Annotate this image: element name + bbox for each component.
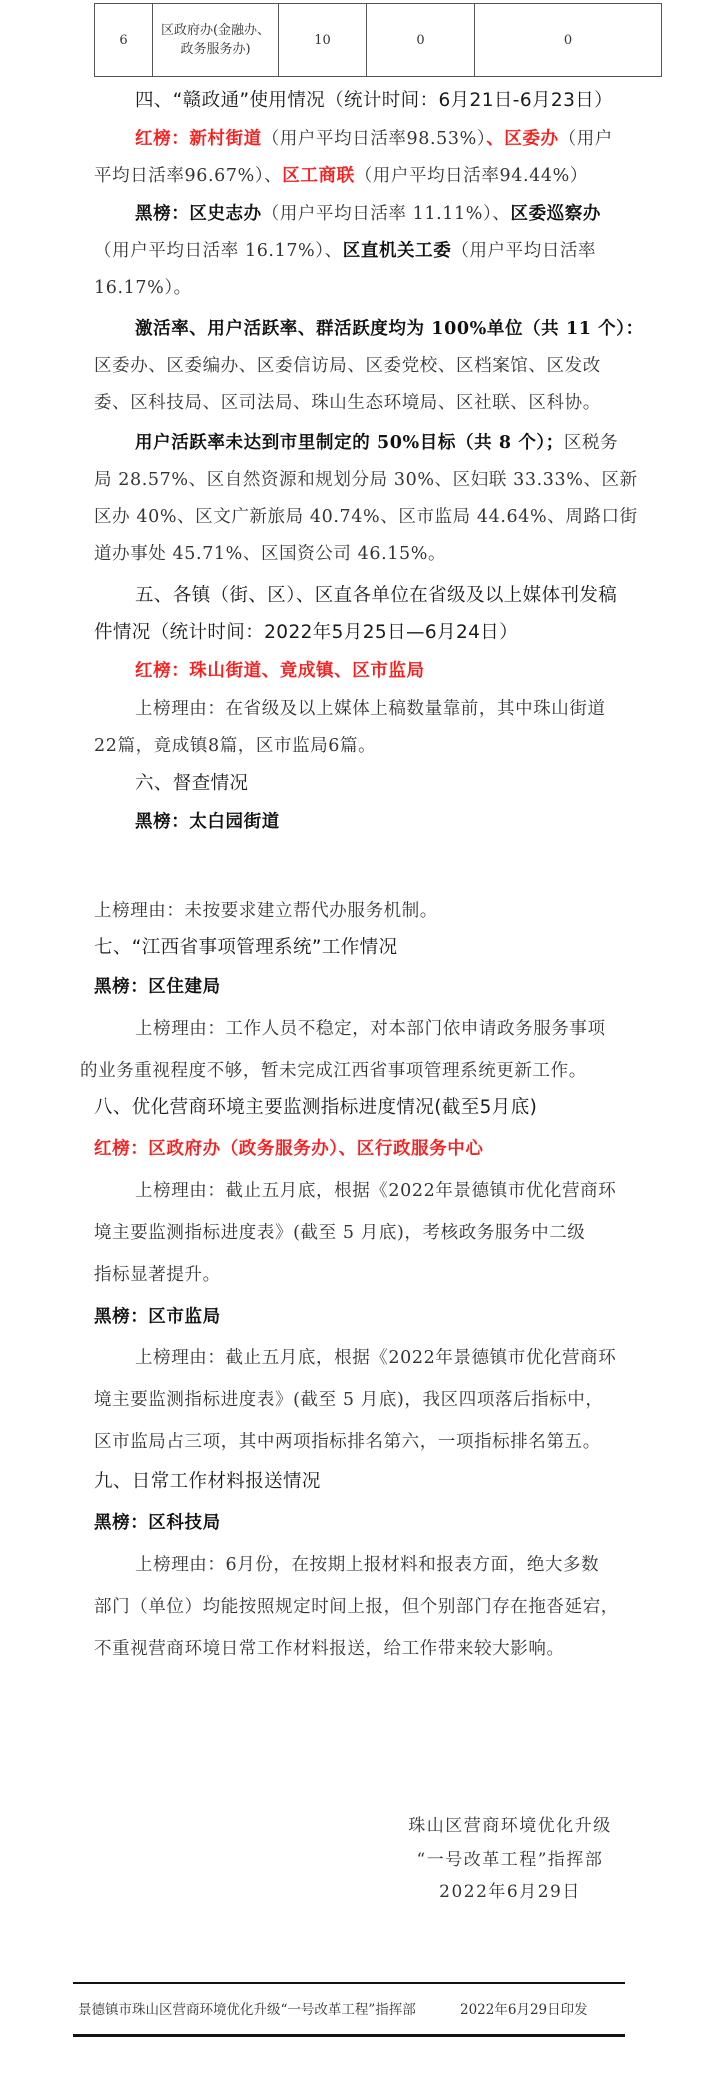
section6-reason: 上榜理由：未按要求建立帮代办服务机制。 bbox=[94, 900, 664, 922]
section6-black-list: 黑榜：太白园街道 bbox=[135, 811, 665, 833]
full-active-heading: 激活率、用户活跃率、群活跃度均为 100%单位（共 11 个）： bbox=[135, 318, 665, 340]
red-item-detail: （用户平均日活率98.53%） bbox=[262, 129, 486, 149]
below-target-heading: 用户活跃率未达到市里制定的 50%目标（共 8 个）；区税务 bbox=[135, 432, 665, 454]
section8-heading: 八、优化营商环境主要监测指标进度情况(截至5月底) bbox=[94, 1097, 664, 1119]
section7-reason-line2: 的业务重视程度不够，暂未完成江西省事项管理系统更新工作。 bbox=[80, 1060, 670, 1082]
red-item-detail: 平均日活率96.67%）、 bbox=[94, 166, 282, 186]
signature-org-line2: “一号改革工程”指挥部 bbox=[360, 1849, 660, 1871]
unit-line-1: 区政府办(金融办、 bbox=[153, 21, 278, 40]
black-item-name: 区史志办 bbox=[189, 204, 261, 224]
section4-black-line2: （用户平均日活率 16.17%）、区直机关工委（用户平均日活率 bbox=[94, 240, 664, 262]
below-target-first: 区税务 bbox=[564, 433, 618, 453]
black-item-detail: （用户平均日活率 bbox=[451, 241, 596, 261]
section9-heading: 九、日常工作材料报送情况 bbox=[94, 1471, 664, 1493]
full-active-line: 委、区科技局、区司法局、珠山生态环境局、区社联、区科协。 bbox=[94, 392, 664, 414]
black-item-name: 区直机关工委 bbox=[343, 241, 452, 261]
section8-black-reason-line2: 境主要监测指标进度表》(截至 5 月底)，我区四项落后指标中， bbox=[94, 1389, 664, 1411]
below-target-heading-text: 用户活跃率未达到市里制定的 50%目标（共 8 个）； bbox=[135, 433, 564, 453]
section8-black-list: 黑榜：区市监局 bbox=[94, 1306, 664, 1328]
unit-line-2: 政务服务办) bbox=[153, 40, 278, 59]
section7-reason-line1: 上榜理由：工作人员不稳定，对本部门依申请政务服务事项 bbox=[135, 1018, 665, 1040]
section4-red-line2: 平均日活率96.67%）、区工商联（用户平均日活率94.44%） bbox=[94, 165, 664, 187]
section9-reason-line3: 不重视营商环境日常工作材料报送，给工作带来较大影响。 bbox=[94, 1638, 664, 1660]
section5-heading-line1: 五、各镇（街、区）、区直各单位在省级及以上媒体刊发稿 bbox=[135, 585, 665, 607]
footer-bottom-rule bbox=[73, 2034, 625, 2037]
section7-heading: 七、“江西省事项管理系统”工作情况 bbox=[94, 937, 664, 959]
section8-black-reason-line1: 上榜理由：截止五月底，根据《2022年景德镇市优化营商环 bbox=[135, 1347, 665, 1369]
red-item-name: 区工商联 bbox=[282, 166, 354, 186]
section9-reason-line1: 上榜理由：6月份，在按期上报材料和报表方面，绝大多数 bbox=[135, 1554, 665, 1576]
section5-heading-line2: 件情况（统计时间：2022年5月25日—6月24日） bbox=[94, 622, 664, 644]
signature-org-line1: 珠山区营商环境优化升级 bbox=[360, 1815, 660, 1837]
section9-reason-line2: 部门（单位）均能按照规定时间上报，但个别部门存在拖沓延宕， bbox=[94, 1596, 664, 1618]
full-active-heading-text: 激活率、用户活跃率、群活跃度均为 100%单位（共 11 个）： bbox=[135, 319, 644, 339]
black-item-detail: 16.17%）。 bbox=[94, 278, 192, 298]
red-item-detail: （用户 bbox=[559, 129, 613, 149]
signature-date: 2022年6月29日 bbox=[360, 1881, 660, 1903]
section5-red-list: 红榜：珠山街道、竟成镇、区市监局 bbox=[135, 660, 665, 682]
full-active-line: 区委办、区委编办、区委信访局、区委党校、区档案馆、区发改 bbox=[94, 355, 664, 377]
section8-black-reason-line3: 区市监局占三项，其中两项指标排名第六，一项指标排名第五。 bbox=[94, 1431, 664, 1453]
section8-red-reason-line1: 上榜理由：截止五月底，根据《2022年景德镇市优化营商环 bbox=[135, 1180, 665, 1202]
section9-black-list: 黑榜：区科技局 bbox=[94, 1512, 664, 1534]
red-item-name: 新村街道 bbox=[189, 129, 261, 149]
black-item-detail: （用户平均日活率 11.11%）、 bbox=[262, 204, 511, 224]
section6-heading: 六、督查情况 bbox=[135, 773, 665, 795]
below-target-line: 道办事处 45.71%、区国资公司 46.15%。 bbox=[94, 543, 664, 565]
black-item-detail: （用户平均日活率 16.17%）、 bbox=[94, 241, 343, 261]
footer-issue-date: 2022年6月29日印发 bbox=[460, 1998, 588, 2018]
footer-top-rule bbox=[73, 1982, 625, 1984]
document-page: 6 区政府办(金融办、 政务服务办) 10 0 0 四、“赣政通”使用情况（统计… bbox=[0, 0, 726, 2100]
red-item-detail: （用户平均日活率94.44%） bbox=[355, 166, 588, 186]
black-list-label: 黑榜： bbox=[135, 204, 189, 224]
stats-table-fragment: 6 区政府办(金融办、 政务服务办) 10 0 0 bbox=[94, 3, 662, 77]
section8-red-reason-line2: 境主要监测指标进度表》(截至 5 月底)，考核政务服务中二级 bbox=[94, 1222, 664, 1244]
table-row: 6 区政府办(金融办、 政务服务办) 10 0 0 bbox=[95, 4, 662, 77]
section4-heading: 四、“赣政通”使用情况（统计时间：6月21日-6月23日） bbox=[135, 90, 665, 112]
black-item-name: 区委巡察办 bbox=[510, 204, 601, 224]
section5-reason-line1: 上榜理由：在省级及以上媒体上稿数量靠前，其中珠山街道 bbox=[135, 698, 665, 720]
table-cell-index: 6 bbox=[95, 4, 153, 77]
red-item-name: 、区委办 bbox=[486, 129, 558, 149]
section8-red-reason-line3: 指标显著提升。 bbox=[94, 1264, 664, 1286]
section4-black-line1: 黑榜：区史志办（用户平均日活率 11.11%）、区委巡察办 bbox=[135, 203, 665, 225]
below-target-line: 局 28.57%、区自然资源和规划分局 30%、区妇联 33.33%、区新 bbox=[94, 469, 664, 491]
table-cell-col3: 10 bbox=[279, 4, 367, 77]
table-cell-col5: 0 bbox=[475, 4, 662, 77]
footer-line: 景德镇市珠山区营商环境优化升级“一号改革工程”指挥部 2022年6月29日印发 bbox=[78, 1998, 638, 2018]
footer-issuer: 景德镇市珠山区营商环境优化升级“一号改革工程”指挥部 bbox=[78, 2002, 416, 2018]
section8-red-list: 红榜：区政府办（政务服务办）、区行政服务中心 bbox=[94, 1138, 664, 1160]
section7-black-list: 黑榜：区住建局 bbox=[94, 976, 664, 998]
section4-black-line3: 16.17%）。 bbox=[94, 277, 664, 299]
below-target-line: 区办 40%、区文广新旅局 40.74%、区市监局 44.64%、周路口街 bbox=[94, 506, 664, 528]
table-cell-unit: 区政府办(金融办、 政务服务办) bbox=[153, 4, 279, 77]
section4-red-line1: 红榜：新村街道（用户平均日活率98.53%）、区委办（用户 bbox=[135, 128, 665, 150]
section5-reason-line2: 22篇，竟成镇8篇，区市监局6篇。 bbox=[94, 735, 664, 757]
table-cell-col4: 0 bbox=[367, 4, 475, 77]
red-list-label: 红榜： bbox=[135, 129, 189, 149]
